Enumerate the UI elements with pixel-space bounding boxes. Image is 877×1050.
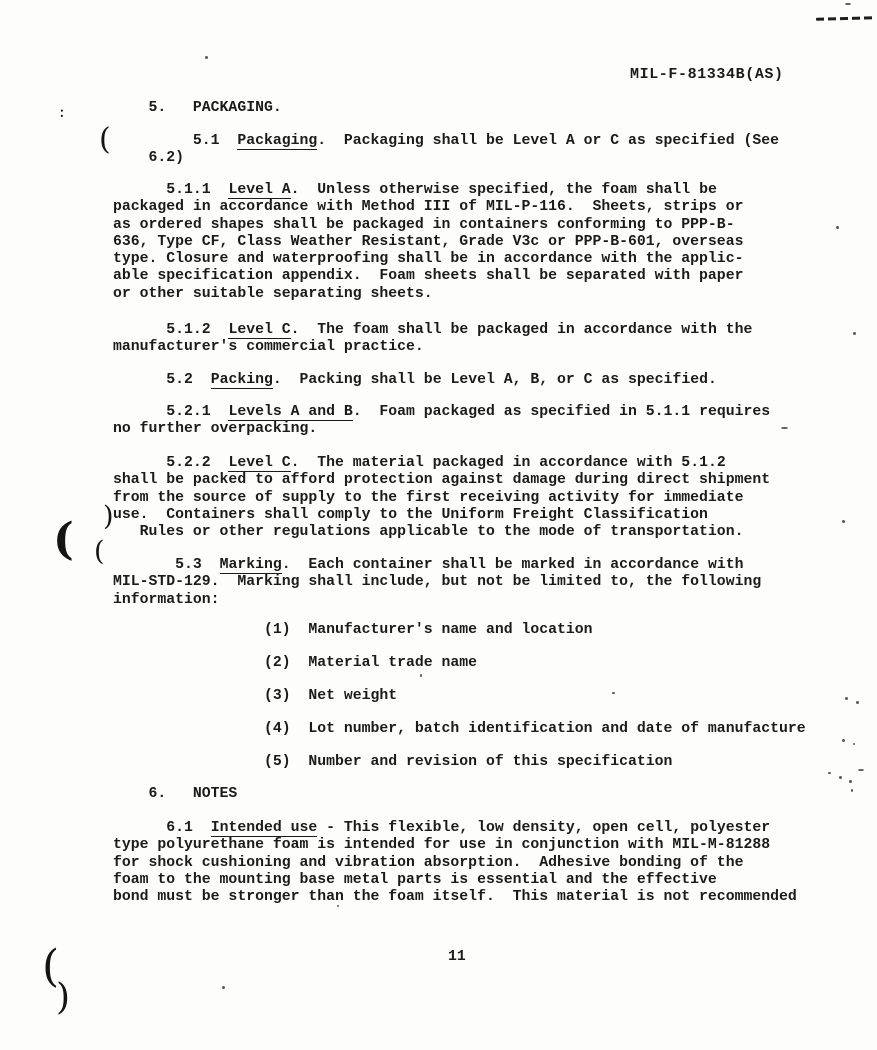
underlined-heading: Packaging: [237, 133, 317, 150]
scan-speck: [205, 56, 208, 59]
page-number: 11: [448, 949, 466, 966]
scan-speck: [420, 674, 422, 677]
scan-speck: [853, 332, 856, 335]
marking-item-2: (2) Material trade name: [113, 655, 477, 672]
scan-speck: [828, 772, 831, 774]
marking-item-1: (1) Manufacturer's name and location: [113, 622, 593, 639]
underlined-heading: Level C: [228, 455, 290, 472]
para-5-1: 5.1 Packaging. Packaging shall be Level …: [113, 133, 779, 168]
stray-pen-mark: (: [94, 538, 105, 565]
scan-speck: [781, 427, 788, 429]
stray-pen-mark: :: [59, 104, 65, 121]
smudge-mark: [816, 16, 876, 21]
scan-speck: [853, 743, 855, 745]
section-6-heading: 6. NOTES: [113, 786, 237, 803]
scan-speck: [845, 697, 848, 700]
scan-speck: [842, 739, 845, 742]
scan-speck: [845, 3, 851, 5]
marking-item-3: (3) Net weight: [113, 688, 397, 705]
underlined-heading: Packing: [211, 372, 273, 389]
para-5-1-2: 5.1.2 Level C. The foam shall be package…: [113, 322, 752, 357]
scan-speck: [851, 789, 853, 792]
para-5-2-2: 5.2.2 Level C. The material packaged in …: [113, 455, 770, 541]
para-5-1-1: 5.1.1 Level A. Unless otherwise specifie…: [113, 182, 743, 303]
para-5-2: 5.2 Packing. Packing shall be Level A, B…: [113, 372, 717, 389]
underlined-heading: Levels A and B: [228, 404, 352, 421]
marking-item-5: (5) Number and revision of this specific…: [113, 754, 672, 771]
scan-speck: [612, 692, 615, 694]
para-6-1: 6.1 Intended use - This flexible, low de…: [113, 820, 797, 906]
scan-speck: [856, 701, 859, 704]
scan-speck: [842, 520, 845, 523]
doc-number: MIL-F-81334B(AS): [630, 66, 784, 83]
page: MIL-F-81334B(AS) 5. PACKAGING. 5.1 Packa…: [0, 0, 877, 1050]
underlined-heading: Marking: [220, 557, 282, 574]
scan-speck: [849, 780, 852, 783]
scan-speck: [858, 769, 864, 771]
section-5-heading: 5. PACKAGING.: [113, 100, 282, 117]
para-5-3: 5.3 Marking. Each container shall be mar…: [113, 557, 761, 609]
scan-speck: [839, 776, 842, 779]
scan-speck: [337, 905, 339, 907]
scan-speck: [222, 986, 225, 989]
para-5-2-1: 5.2.1 Levels A and B. Foam packaged as s…: [113, 404, 770, 439]
underlined-heading: Intended use: [211, 820, 318, 837]
stray-pen-mark: ): [56, 980, 70, 1016]
stray-pen-mark: (: [53, 518, 74, 562]
underlined-heading: Level C: [228, 322, 290, 339]
underlined-heading: Level A: [228, 182, 290, 199]
stray-pen-mark: (: [99, 125, 111, 155]
scan-speck: [836, 226, 839, 229]
stray-pen-mark: ): [103, 503, 114, 530]
marking-item-4: (4) Lot number, batch identification and…: [113, 721, 806, 738]
